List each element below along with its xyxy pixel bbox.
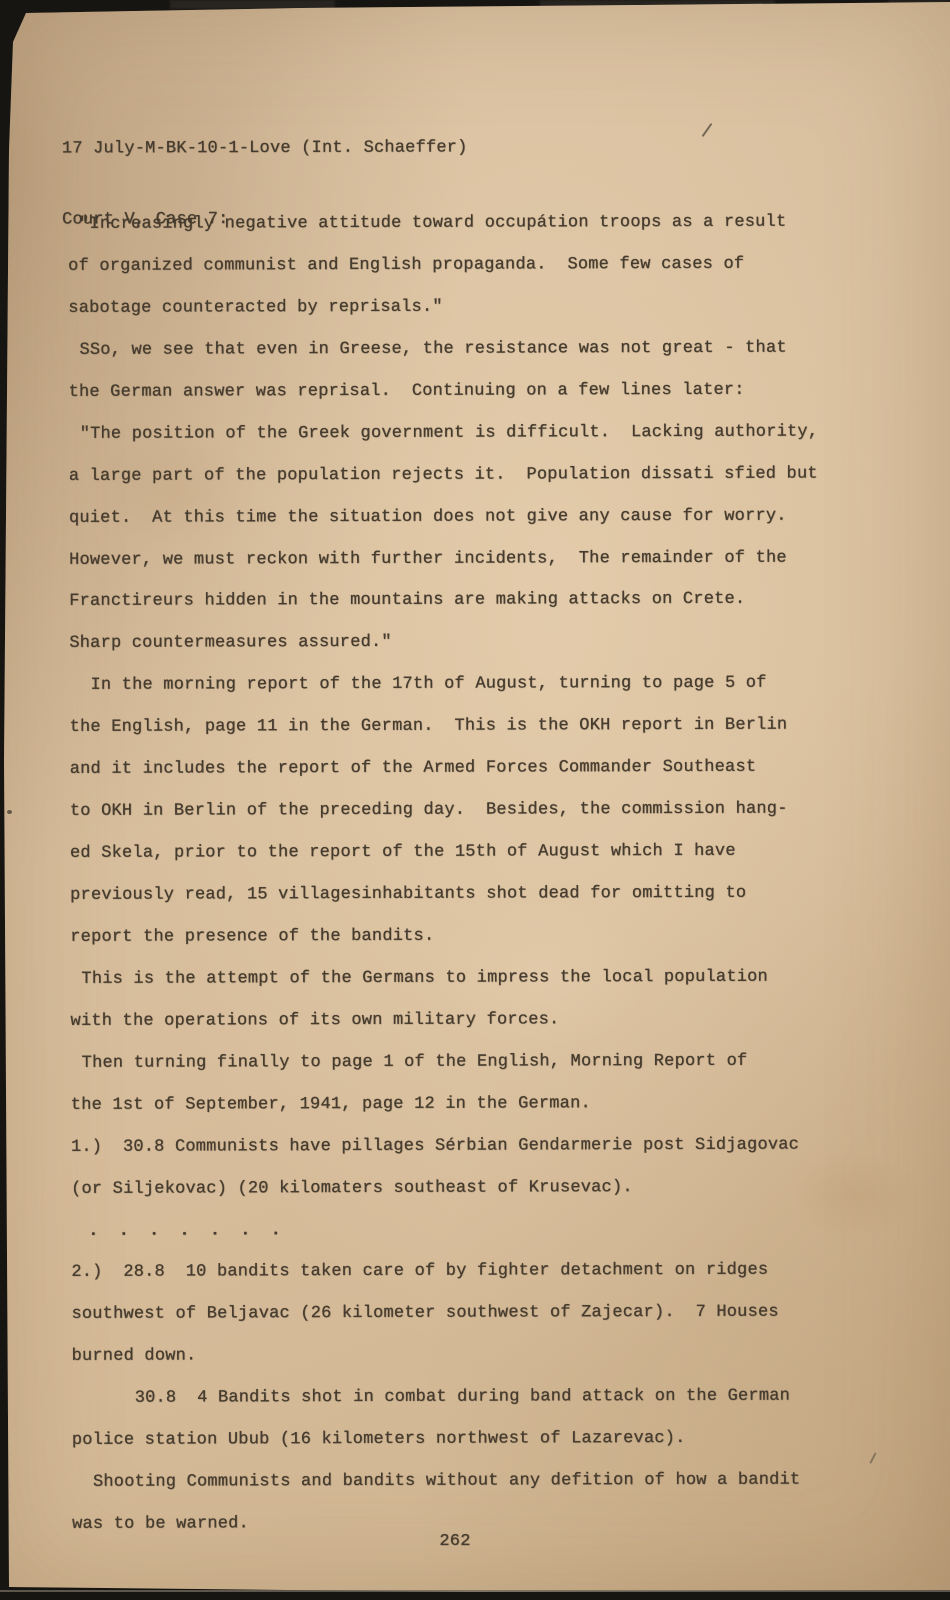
scanned-transcript-page: 17 July-M-BK-10-1-Love (Int. Schaeffer) … — [0, 0, 950, 1600]
text-line: 2.) 28.8 10 bandits taken care of by fig… — [3, 1260, 950, 1305]
text-line: to OKH in Berlin of the preceding day. B… — [2, 798, 950, 843]
paper-sheet: 17 July-M-BK-10-1-Love (Int. Schaeffer) … — [0, 0, 950, 1600]
text-line: the German answer was reprisal. Continui… — [1, 379, 950, 424]
text-line: the English, page 11 in the German. This… — [2, 714, 950, 759]
text-line: However, we must reckon with further inc… — [1, 547, 950, 592]
text-line: . . . . . . . — [3, 1218, 950, 1263]
text-line: In the morning report of the 17th of Aug… — [1, 672, 950, 717]
text-line: police station Ubub (16 kilometers north… — [4, 1427, 950, 1472]
text-line: "Increasingly negative attitude toward o… — [0, 211, 950, 256]
text-line: the 1st of September, 1941, page 12 in t… — [3, 1092, 950, 1137]
text-line: Then turning finally to page 1 of the En… — [3, 1050, 950, 1095]
text-line: quiet. At this time the situation does n… — [1, 505, 950, 550]
text-line: burned down. — [4, 1343, 950, 1388]
text-line: a large part of the population rejects i… — [1, 463, 950, 508]
text-line: ed Skela, prior to the report of the 15t… — [2, 840, 950, 885]
text-line: previously read, 15 villagesinhabitants … — [2, 882, 950, 927]
text-line: sabotage counteracted by reprisals." — [0, 295, 950, 340]
header-case-id: 17 July-M-BK-10-1-Love (Int. Schaeffer) — [62, 136, 468, 161]
text-line: and it includes the report of the Armed … — [2, 756, 950, 801]
text-line: (or Siljekovac) (20 kilomaters southeast… — [3, 1176, 950, 1221]
text-line: with the operations of its own military … — [3, 1008, 950, 1053]
scan-edge-artifact — [170, 0, 335, 9]
scan-bottom-edge — [0, 1590, 950, 1592]
text-line: This is the attempt of the Germans to im… — [2, 966, 950, 1011]
text-line: Sharp countermeasures assured." — [1, 631, 950, 676]
text-line: 30.8 4 Bandits shot in combat during ban… — [4, 1385, 950, 1430]
text-line: southwest of Beljavac (26 kilometer sout… — [3, 1302, 950, 1347]
stray-pen-mark — [702, 123, 713, 137]
text-line: "The position of the Greek government is… — [1, 421, 950, 466]
text-line: 1.) 30.8 Communists have pillages Sérbia… — [3, 1134, 950, 1179]
text-line: of organized communist and English propa… — [0, 253, 950, 298]
text-line: Shooting Communists and bandits without … — [4, 1469, 950, 1514]
page-number: 262 — [0, 1532, 930, 1551]
document-body: "Increasingly negative attitude toward o… — [0, 211, 950, 1556]
text-line: SSo, we see that even in Greese, the res… — [0, 337, 950, 382]
text-line: report the presence of the bandits. — [2, 924, 950, 969]
text-line: Franctireurs hidden in the mountains are… — [1, 589, 950, 634]
